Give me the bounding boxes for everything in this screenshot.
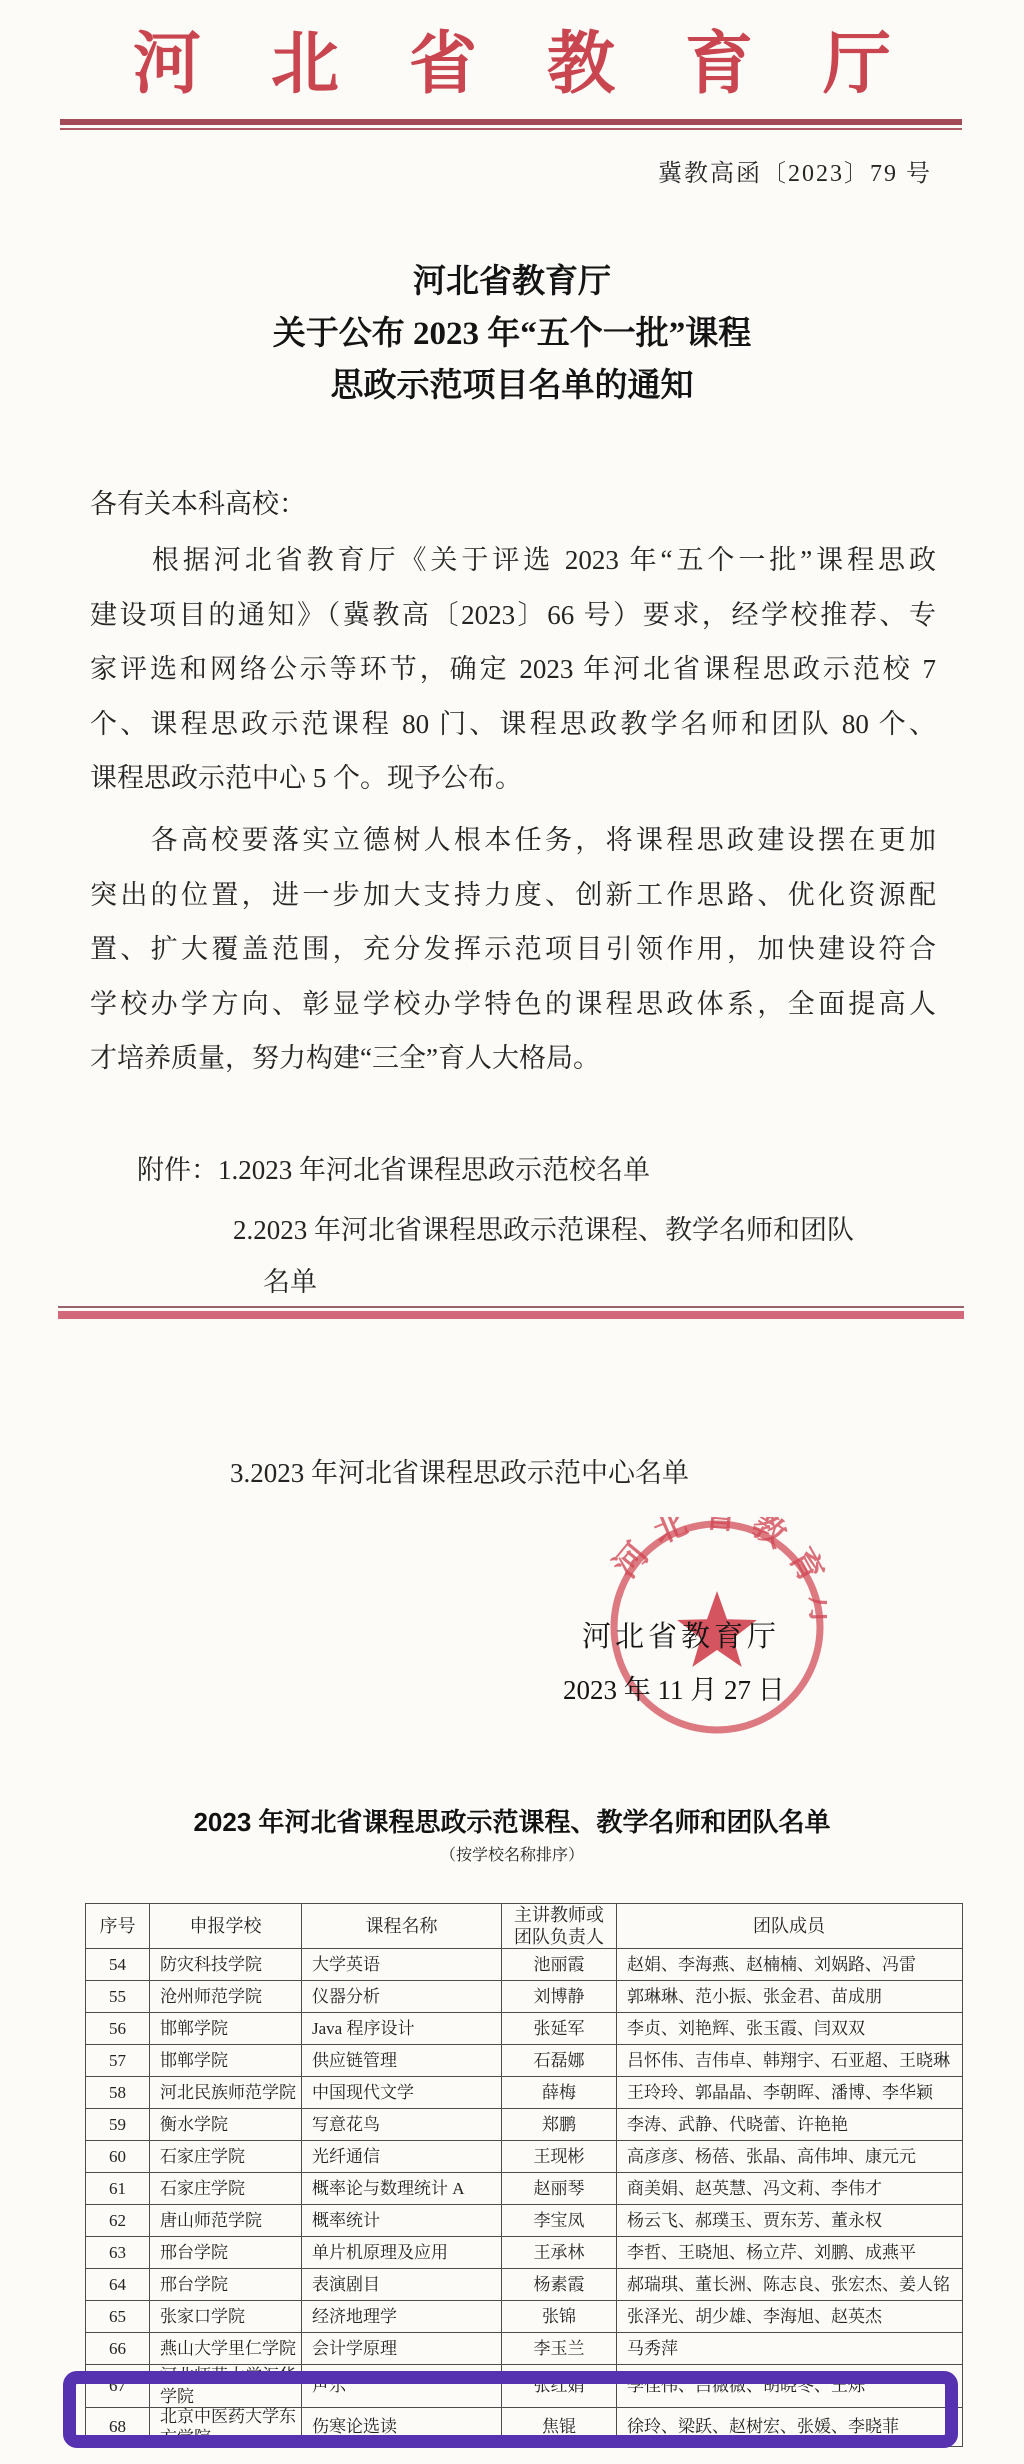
cell-course: 单片机原理及应用 <box>301 2237 501 2268</box>
table-row: 67 河北师范大学汇华学院 声乐 张红娟 李佳伟、吕薇薇、胡晓冬、王烁 <box>86 2364 962 2407</box>
header-teacher: 主讲教师或团队负责人 <box>501 1904 616 1948</box>
paragraph-line: 建设项目的通知》（冀教高〔2023〕66 号）要求，经学校推荐、专 <box>90 588 936 643</box>
table-row: 58 河北民族师范学院 中国现代文学 薛梅 王玲玲、郭晶晶、李朝晖、潘博、李华颖 <box>86 2076 962 2108</box>
cell-school: 衡水学院 <box>149 2109 301 2140</box>
cell-teacher: 李宝凤 <box>501 2205 616 2236</box>
roster-table-body: 54 防灾科技学院 大学英语 池丽霞 赵娟、李海燕、赵楠楠、刘娲路、冯雷 55 … <box>86 1948 962 2446</box>
table-row: 57 邯郸学院 供应链管理 石磊娜 吕怀伟、吉伟卓、韩翔宇、石亚超、王晓琳 <box>86 2044 962 2076</box>
table-row: 63 邢台学院 单片机原理及应用 王承林 李哲、王晓旭、杨立芹、刘鹏、成燕平 <box>86 2236 962 2268</box>
table-row: 66 燕山大学里仁学院 会计学原理 李玉兰 马秀萍 <box>86 2332 962 2364</box>
attachment-item-2: 2.2023 年河北省课程思政示范课程、教学名师和团队 <box>233 1208 854 1247</box>
salutation: 各有关本科高校： <box>90 482 306 521</box>
attachment-item-2-continuation: 名单 <box>263 1260 317 1299</box>
page-separator-thin-line <box>58 1306 964 1308</box>
paragraph-line: 课程思政示范中心 5 个。现予公布。 <box>90 751 936 806</box>
cell-school: 邢台学院 <box>149 2269 301 2300</box>
cell-members: 商美娟、赵英慧、冯文莉、李伟才 <box>616 2173 961 2204</box>
cell-school: 石家庄学院 <box>149 2173 301 2204</box>
table-row: 56 邯郸学院 Java 程序设计 张延军 李贞、刘艳辉、张玉霞、闫双双 <box>86 2012 962 2044</box>
cell-no: 62 <box>86 2205 149 2236</box>
cell-no: 63 <box>86 2237 149 2268</box>
header-no: 序号 <box>86 1904 149 1948</box>
cell-no: 67 <box>86 2365 149 2407</box>
notice-title-line: 关于公布 2023 年“五个一批”课程 <box>0 308 1024 360</box>
cell-teacher: 王承林 <box>501 2237 616 2268</box>
paragraph-line: 突出的位置，进一步加大支持力度、创新工作思路、优化资源配 <box>90 868 936 923</box>
cell-members: 张泽光、胡少雄、李海旭、赵英杰 <box>616 2301 961 2332</box>
cell-school: 防灾科技学院 <box>149 1949 301 1980</box>
cell-school: 沧州师范学院 <box>149 1981 301 2012</box>
cell-teacher: 刘博静 <box>501 1981 616 2012</box>
cell-teacher: 池丽霞 <box>501 1949 616 1980</box>
cell-members: 徐玲、梁跃、赵树宏、张媛、李晓菲 <box>616 2408 961 2446</box>
cell-course: 供应链管理 <box>301 2045 501 2076</box>
cell-no: 56 <box>86 2013 149 2044</box>
roster-title: 2023 年河北省课程思政示范课程、教学名师和团队名单 <box>0 1802 1024 1839</box>
cell-no: 64 <box>86 2269 149 2300</box>
letterhead-divider-thin-line <box>60 128 962 130</box>
cell-no: 55 <box>86 1981 149 2012</box>
table-row: 60 石家庄学院 光纤通信 王现彬 高彦彦、杨蓓、张晶、高伟坤、康元元 <box>86 2140 962 2172</box>
scanned-notice-page: 河北省教育厅 冀教高函〔2023〕79 号 河北省教育厅关于公布 2023 年“… <box>0 0 1024 2464</box>
cell-members: 赵娟、李海燕、赵楠楠、刘娲路、冯雷 <box>616 1949 961 1980</box>
header-school: 申报学校 <box>149 1904 301 1948</box>
cell-course: 会计学原理 <box>301 2333 501 2364</box>
paragraph-line: 个、课程思政示范课程 80 门、课程思政教学名师和团队 80 个、 <box>90 697 936 752</box>
cell-teacher: 郑鹏 <box>501 2109 616 2140</box>
table-row: 64 邢台学院 表演剧目 杨素霞 郝瑞琪、董长洲、陈志良、张宏杰、姜人铭 <box>86 2268 962 2300</box>
header-members: 团队成员 <box>616 1904 961 1948</box>
cell-course: 大学英语 <box>301 1949 501 1980</box>
cell-course: 声乐 <box>301 2365 501 2407</box>
cell-no: 57 <box>86 2045 149 2076</box>
paragraph-line: 家评选和网络公示等环节，确定 2023 年河北省课程思政示范校 7 <box>90 642 936 697</box>
cell-teacher: 张红娟 <box>501 2365 616 2407</box>
page-separator-thick-line <box>58 1311 964 1319</box>
cell-members: 马秀萍 <box>616 2333 961 2364</box>
cell-course: Java 程序设计 <box>301 2013 501 2044</box>
cell-no: 60 <box>86 2141 149 2172</box>
cell-course: 经济地理学 <box>301 2301 501 2332</box>
cell-school: 邯郸学院 <box>149 2013 301 2044</box>
cell-no: 68 <box>86 2408 149 2446</box>
cell-course: 概率论与数理统计 A <box>301 2173 501 2204</box>
cell-members: 高彦彦、杨蓓、张晶、高伟坤、康元元 <box>616 2141 961 2172</box>
roster-table-header: 序号 申报学校 课程名称 主讲教师或团队负责人 团队成员 <box>86 1904 962 1948</box>
roster-table: 序号 申报学校 课程名称 主讲教师或团队负责人 团队成员 54 防灾科技学院 大… <box>85 1903 963 2447</box>
notice-title-line: 思政示范项目名单的通知 <box>0 360 1024 412</box>
cell-members: 李佳伟、吕薇薇、胡晓冬、王烁 <box>616 2365 961 2407</box>
cell-teacher: 杨素霞 <box>501 2269 616 2300</box>
cell-school: 张家口学院 <box>149 2301 301 2332</box>
paragraph-line: 各高校要落实立德树人根本任务，将课程思政建设摆在更加 <box>90 813 936 868</box>
cell-school: 石家庄学院 <box>149 2141 301 2172</box>
paragraph-line: 才培养质量，努力构建“三全”育人大格局。 <box>90 1031 936 1086</box>
signature-agency: 河北省教育厅 <box>582 1614 780 1655</box>
letterhead-divider <box>60 119 962 130</box>
document-number: 冀教高函〔2023〕79 号 <box>658 153 932 188</box>
table-row: 68 北京中医药大学东方学院 伤寒论选读 焦锟 徐玲、梁跃、赵树宏、张媛、李晓菲 <box>86 2407 962 2446</box>
paragraph-1: 根据河北省教育厅《关于评选 2023 年“五个一批”课程思政建设项目的通知》（冀… <box>90 533 936 806</box>
cell-no: 59 <box>86 2109 149 2140</box>
paragraph-2: 各高校要落实立德树人根本任务，将课程思政建设摆在更加突出的位置，进一步加大支持力… <box>90 813 936 1086</box>
cell-teacher: 焦锟 <box>501 2408 616 2446</box>
letterhead-agency-title: 河北省教育厅 <box>0 10 1024 107</box>
notice-title: 河北省教育厅关于公布 2023 年“五个一批”课程思政示范项目名单的通知 <box>0 256 1024 412</box>
cell-teacher: 薛梅 <box>501 2077 616 2108</box>
cell-course: 表演剧目 <box>301 2269 501 2300</box>
cell-members: 吕怀伟、吉伟卓、韩翔宇、石亚超、王晓琳 <box>616 2045 961 2076</box>
table-row: 55 沧州师范学院 仪器分析 刘博静 郭琳琳、范小振、张金君、苗成朋 <box>86 1980 962 2012</box>
roster-subtitle: （按学校名称排序） <box>0 1842 1024 1865</box>
cell-school: 河北师范大学汇华学院 <box>149 2365 301 2407</box>
cell-members: 郝瑞琪、董长洲、陈志良、张宏杰、姜人铭 <box>616 2269 961 2300</box>
cell-teacher: 张锦 <box>501 2301 616 2332</box>
attachment-item-1: 附件：1.2023 年河北省课程思政示范校名单 <box>137 1148 650 1187</box>
cell-school: 河北民族师范学院 <box>149 2077 301 2108</box>
cell-members: 杨云飞、郝璞玉、贾东芳、董永权 <box>616 2205 961 2236</box>
table-row: 59 衡水学院 写意花鸟 郑鹏 李涛、武静、代晓蕾、许艳艳 <box>86 2108 962 2140</box>
cell-school: 邢台学院 <box>149 2237 301 2268</box>
cell-members: 李哲、王晓旭、杨立芹、刘鹏、成燕平 <box>616 2237 961 2268</box>
cell-teacher: 石磊娜 <box>501 2045 616 2076</box>
paragraph-line: 根据河北省教育厅《关于评选 2023 年“五个一批”课程思政 <box>90 533 936 588</box>
letterhead-divider-thick-line <box>60 119 962 125</box>
paragraph-line: 置、扩大覆盖范围，充分发挥示范项目引领作用，加快建设符合 <box>90 922 936 977</box>
cell-members: 郭琳琳、范小振、张金君、苗成朋 <box>616 1981 961 2012</box>
cell-teacher: 赵丽琴 <box>501 2173 616 2204</box>
cell-no: 61 <box>86 2173 149 2204</box>
cell-no: 65 <box>86 2301 149 2332</box>
cell-no: 66 <box>86 2333 149 2364</box>
cell-course: 伤寒论选读 <box>301 2408 501 2446</box>
header-course: 课程名称 <box>301 1904 501 1948</box>
paragraph-line: 学校办学方向、彰显学校办学特色的课程思政体系，全面提高人 <box>90 977 936 1032</box>
page-separator-rule <box>58 1306 964 1319</box>
cell-school: 北京中医药大学东方学院 <box>149 2408 301 2446</box>
cell-members: 李涛、武静、代晓蕾、许艳艳 <box>616 2109 961 2140</box>
table-row: 61 石家庄学院 概率论与数理统计 A 赵丽琴 商美娟、赵英慧、冯文莉、李伟才 <box>86 2172 962 2204</box>
cell-teacher: 张延军 <box>501 2013 616 2044</box>
cell-teacher: 李玉兰 <box>501 2333 616 2364</box>
attachment-item-3: 3.2023 年河北省课程思政示范中心名单 <box>230 1451 689 1490</box>
cell-course: 中国现代文学 <box>301 2077 501 2108</box>
cell-course: 概率统计 <box>301 2205 501 2236</box>
cell-members: 王玲玲、郭晶晶、李朝晖、潘博、李华颖 <box>616 2077 961 2108</box>
cell-school: 唐山师范学院 <box>149 2205 301 2236</box>
cell-no: 58 <box>86 2077 149 2108</box>
table-row: 62 唐山师范学院 概率统计 李宝凤 杨云飞、郝璞玉、贾东芳、董永权 <box>86 2204 962 2236</box>
notice-title-line: 河北省教育厅 <box>0 256 1024 308</box>
cell-members: 李贞、刘艳辉、张玉霞、闫双双 <box>616 2013 961 2044</box>
cell-teacher: 王现彬 <box>501 2141 616 2172</box>
cell-course: 光纤通信 <box>301 2141 501 2172</box>
table-row: 65 张家口学院 经济地理学 张锦 张泽光、胡少雄、李海旭、赵英杰 <box>86 2300 962 2332</box>
table-row: 54 防灾科技学院 大学英语 池丽霞 赵娟、李海燕、赵楠楠、刘娲路、冯雷 <box>86 1948 962 1980</box>
cell-course: 仪器分析 <box>301 1981 501 2012</box>
cell-course: 写意花鸟 <box>301 2109 501 2140</box>
signature-date: 2023 年 11 月 27 日 <box>563 1668 785 1707</box>
cell-school: 燕山大学里仁学院 <box>149 2333 301 2364</box>
cell-school: 邯郸学院 <box>149 2045 301 2076</box>
cell-no: 54 <box>86 1949 149 1980</box>
